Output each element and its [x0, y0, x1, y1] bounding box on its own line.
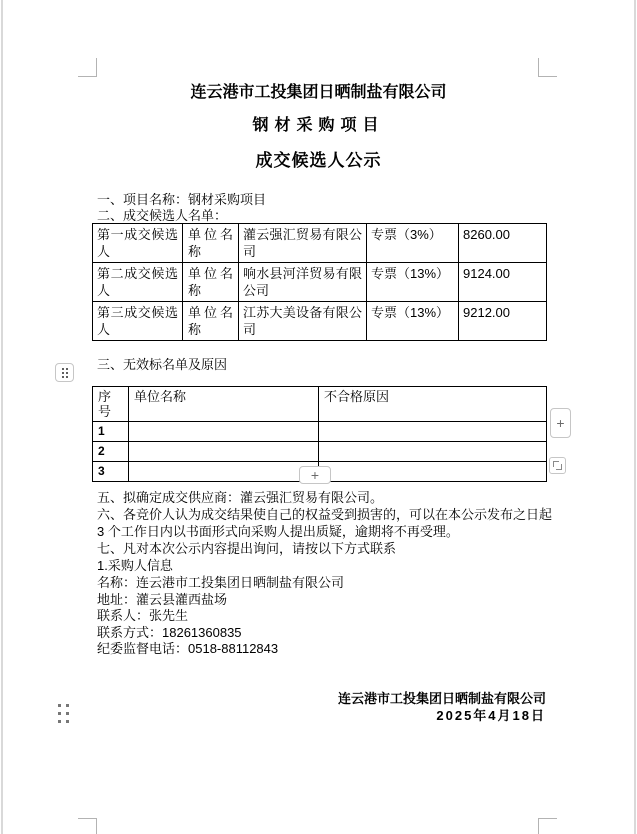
purchaser-phone: 联系方式：18261360835	[97, 625, 242, 641]
section-objection-line2: 3 个工作日内以书面形式向采购人提出质疑，逾期将不再受理。	[97, 524, 459, 540]
purchaser-contact: 联系人：张先生	[97, 608, 188, 624]
purchaser-name: 名称：连云港市工投集团日晒制盐有限公司	[97, 575, 344, 591]
company-name-cell[interactable]	[129, 442, 319, 462]
header-reason: 不合格原因	[319, 387, 547, 422]
section-candidates-heading: 二、成交候选人名单：	[97, 208, 227, 224]
table-row: 第三成交候选人 单位名称 江苏大美设备有限公司 专票（13%） 9212.00	[93, 302, 547, 341]
company-name-cell[interactable]	[129, 422, 319, 442]
purchaser-info-heading: 1.采购人信息	[97, 558, 173, 574]
company-cell: 响水县河洋贸易有限公司	[239, 263, 367, 302]
header-no: 序号	[93, 387, 129, 422]
paragraph-drag-handle[interactable]	[58, 704, 69, 723]
table-row: 第二成交候选人 单位名称 响水县河洋贸易有限公司 专票（13%） 9124.00	[93, 263, 547, 302]
add-column-button[interactable]: +	[550, 408, 571, 438]
page-corner-mark-top-right	[538, 58, 557, 77]
field-label-cell: 单位名称	[183, 302, 239, 341]
purchaser-address: 地址：灌云县灌西盐场	[97, 592, 227, 608]
doc-title-type: 成交候选人公示	[0, 146, 637, 171]
company-name-cell[interactable]	[129, 462, 319, 482]
table-drag-handle-button[interactable]	[55, 363, 74, 382]
reason-cell[interactable]	[319, 462, 547, 482]
drag-dots-icon	[62, 368, 68, 378]
company-cell: 江苏大美设备有限公司	[239, 302, 367, 341]
signature-date: 2025年4月18日	[97, 708, 546, 724]
row-number-cell: 3	[93, 462, 129, 482]
rank-cell: 第三成交候选人	[93, 302, 183, 341]
price-cell: 8260.00	[459, 224, 547, 263]
invoice-cell: 专票（3%）	[367, 224, 459, 263]
reason-cell[interactable]	[319, 442, 547, 462]
document-page: 连云港市工投集团日晒制盐有限公司 钢材采购项目 成交候选人公示 一、项目名称：钢…	[0, 0, 637, 834]
candidates-table: 第一成交候选人 单位名称 灌云强汇贸易有限公司 专票（3%） 8260.00 第…	[92, 223, 547, 341]
company-cell: 灌云强汇贸易有限公司	[239, 224, 367, 263]
table-row: 第一成交候选人 单位名称 灌云强汇贸易有限公司 专票（3%） 8260.00	[93, 224, 547, 263]
rank-cell: 第二成交候选人	[93, 263, 183, 302]
field-label-cell: 单位名称	[183, 263, 239, 302]
invoice-cell: 专票（13%）	[367, 302, 459, 341]
add-row-button[interactable]: +	[299, 466, 331, 484]
row-number-cell: 2	[93, 442, 129, 462]
field-label-cell: 单位名称	[183, 224, 239, 263]
signature-company: 连云港市工投集团日晒制盐有限公司	[97, 691, 546, 707]
section-objection-line1: 六、各竞价人认为成交结果使自己的权益受到损害的，可以在本公示发布之日起	[97, 507, 552, 523]
rank-cell: 第一成交候选人	[93, 224, 183, 263]
section-project-name: 一、项目名称：钢材采购项目	[97, 192, 266, 208]
table-row: 1	[93, 422, 547, 442]
table-resize-button[interactable]	[549, 457, 566, 474]
doc-title-company: 连云港市工投集团日晒制盐有限公司	[0, 79, 637, 102]
page-corner-mark-top-left	[78, 58, 97, 77]
section-invalid-bids-heading: 三、无效标名单及原因	[97, 357, 227, 373]
header-name: 单位名称	[129, 387, 319, 422]
page-corner-mark-bottom-left	[78, 818, 97, 834]
section-contact-heading: 七、凡对本次公示内容提出询问，请按以下方式联系	[97, 541, 396, 557]
resize-icon	[553, 461, 562, 470]
section-supplier: 五、拟确定成交供应商：灌云强汇贸易有限公司。	[97, 490, 383, 506]
price-cell: 9212.00	[459, 302, 547, 341]
table-header-row: 序号 单位名称 不合格原因	[93, 387, 547, 422]
price-cell: 9124.00	[459, 263, 547, 302]
table-row: 2	[93, 442, 547, 462]
reason-cell[interactable]	[319, 422, 547, 442]
supervision-phone: 纪委监督电话：0518-88112843	[97, 641, 278, 657]
page-corner-mark-bottom-right	[538, 818, 557, 834]
invoice-cell: 专票（13%）	[367, 263, 459, 302]
row-number-cell: 1	[93, 422, 129, 442]
doc-title-project: 钢材采购项目	[0, 112, 637, 135]
